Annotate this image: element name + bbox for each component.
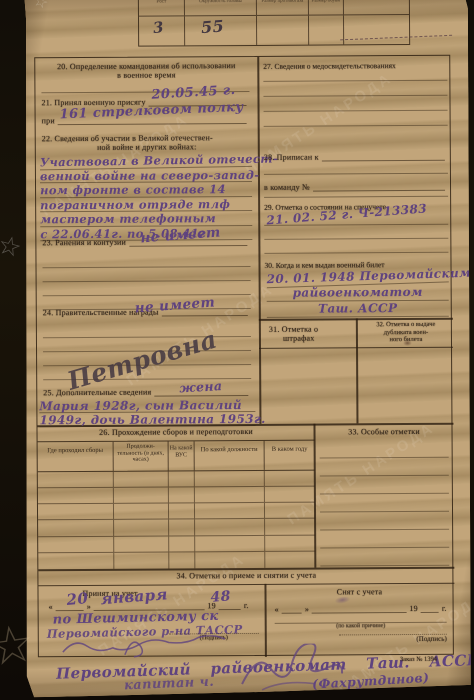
uniform-size-stamp-table: Рост Окружность головы Размер противогаз… <box>138 0 410 47</box>
war-entry-line: венной войне на северо-запад- <box>40 167 252 183</box>
section-28-row2: в команду № <box>264 182 448 192</box>
stamp-col-header: Окружность головы <box>185 0 257 16</box>
scanned-document: ПАМЯТЬ НАРОДА ПАМЯТЬ НАРОДА ПАМЯТЬ НАРОД… <box>0 0 474 700</box>
fill-line <box>313 182 445 192</box>
signature-scribble <box>59 635 249 658</box>
removed-label: Снят с учета <box>264 587 454 597</box>
section-34-title: 34. Отметки о приеме и снятии с учета <box>38 570 454 582</box>
war-entry-line: мастером телефонным <box>40 211 252 227</box>
war-entry-line: ном фронте в составе 14 <box>40 182 252 198</box>
section-31-line1: 31. Отметка о <box>269 325 318 334</box>
family-value-handwriting: жена <box>179 378 223 395</box>
section-31-line2: штрафах <box>269 334 315 343</box>
fill-line <box>322 152 445 162</box>
training-table-header: Где проходил сборы Продолжи- тельность (… <box>38 440 315 473</box>
issue-line: Таш. АССР <box>267 301 449 318</box>
section-20-line2: в военное время <box>117 70 175 79</box>
removed-date-row: « » 19 г. <box>275 604 447 614</box>
s34-header-line <box>38 583 454 587</box>
accepted-day-handwriting: 20 <box>66 589 89 609</box>
ruled-line <box>264 196 448 198</box>
form-frame: 20. Определение командования об использо… <box>34 55 454 658</box>
ink-blot <box>403 340 412 346</box>
stamp-value-2: 55 <box>200 16 224 37</box>
open-quote: « <box>275 605 279 614</box>
war-entry-line: пограничном отряде тлф <box>40 196 252 212</box>
fill-line <box>312 604 406 614</box>
ticket-issue-entry: 20. 01. 1948 Первомайским райвоенкоматом… <box>267 269 449 318</box>
box-31-32-divider <box>356 318 358 423</box>
ruled-lines <box>320 440 450 567</box>
century-printed: 19 <box>409 604 417 613</box>
open-quote: « <box>49 602 53 611</box>
section-32-line2: дубликата воен- <box>384 328 428 335</box>
footer-signature-scribble <box>232 643 352 694</box>
section-23-label: Ранения и контузии <box>55 238 126 247</box>
print-order-number: Заказ № 1394 <box>400 656 437 663</box>
ink-smudge <box>334 595 351 605</box>
war-service-entry: Участвовал в Великой отечест- венной вой… <box>40 153 253 241</box>
family-line: Мария 1928г, сын Василий <box>39 398 255 413</box>
ruled-lines <box>263 68 447 127</box>
section-25-label: Дополнительные сведения <box>56 388 151 398</box>
col-header: На какой ВУС <box>169 441 195 470</box>
accepted-year-handwriting: 48 <box>210 588 231 605</box>
section-20-number: 20. <box>57 62 68 71</box>
removed-reason-caption: (по какой причине) <box>275 623 447 630</box>
stamp-value-1: 3 <box>152 18 165 37</box>
family-entry: Мария 1928г, сын Василий 1949г, дочь Вал… <box>39 398 255 427</box>
footer-line2a-handwriting: капитан ч. <box>124 675 215 694</box>
section-28-row1: 28. Приписан к <box>264 152 448 162</box>
training-table: 26. Прохождение сборов и переподготовки … <box>37 424 315 570</box>
year-suffix: г. <box>442 604 447 613</box>
section-28-label1: 28. Приписан к <box>264 153 319 162</box>
star-icon: ☆ <box>0 230 25 265</box>
section-22-line2: ной войне и других войнах: <box>42 142 252 152</box>
fill-line <box>421 604 439 613</box>
fill-line <box>282 605 302 614</box>
training-table-body <box>38 471 316 570</box>
col-header: Где проходил сборы <box>38 442 114 471</box>
column-divider <box>257 57 261 424</box>
section-26-title: 26. Прохождение сборов и переподготовки <box>37 427 314 438</box>
special-marks-box: 33. Особые отметки <box>314 423 454 568</box>
section-22-number: 22. <box>42 134 53 143</box>
stamp-col-header: Размер противогаза <box>257 0 309 16</box>
section-22-title: 22. Сведения об участии в Великой отечес… <box>42 133 252 152</box>
stamp-col-header: Рост <box>139 0 185 17</box>
col-header: В каком году <box>265 441 315 470</box>
section-32-line1: 32. Отметка о выдаче <box>376 321 435 328</box>
section-21-number: 21. <box>41 98 52 107</box>
section-21-at-label: при <box>42 116 55 125</box>
col-header: По какой должности <box>195 441 265 470</box>
section-24-number: 24. <box>43 308 54 317</box>
ruled-line <box>264 173 448 175</box>
year-suffix: г. <box>244 601 249 610</box>
section-20-line1: Определение командования об использовани… <box>70 61 236 71</box>
ruled-lines <box>264 212 448 254</box>
section-23-number: 23. <box>42 238 53 247</box>
section-31-title: 31. Отметка о штрафах <box>269 324 353 343</box>
stamp-col-header <box>344 0 409 15</box>
section-33-title: 33. Особые отметки <box>314 423 453 437</box>
section-28-label2: в команду № <box>264 183 310 192</box>
close-quote: » <box>305 605 309 614</box>
removed-signature-caption: (Подпись) <box>339 634 447 644</box>
stamp-col-header: Размер обуви <box>309 0 344 16</box>
document-page: ПАМЯТЬ НАРОДА ПАМЯТЬ НАРОДА ПАМЯТЬ НАРОД… <box>22 0 472 697</box>
section-25-number: 25. <box>43 388 54 397</box>
section-20-title: 20. Определение командования об использо… <box>41 61 251 80</box>
col-header: Продолжи- тельность (в днях, часах) <box>114 441 169 470</box>
